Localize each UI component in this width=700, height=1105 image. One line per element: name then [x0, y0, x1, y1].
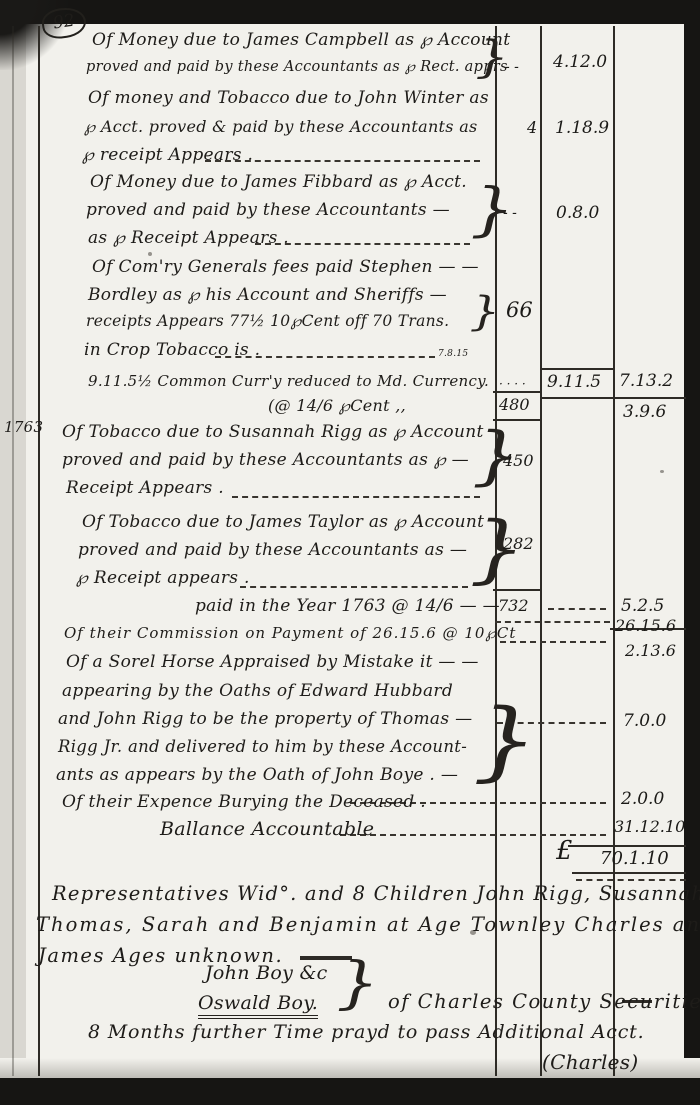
line-campbell-2: proved and paid by these Accountants as …	[86, 60, 508, 75]
rule-total-top	[568, 845, 686, 847]
line-horse-1: Of a Sorel Horse Appraised by Mistake it…	[66, 654, 479, 671]
money-campbell: 4.12.0	[553, 54, 607, 71]
tobacco-susannah: 450	[503, 453, 534, 469]
line-at-rate: (@ 14/6 ℘Cent ,,	[268, 398, 406, 414]
line-bordley-4: in Crop Tobacco is .	[84, 342, 260, 359]
tobacco-campbell: ‑ ‑	[505, 60, 519, 74]
line-representatives-2: Thomas, Sarah and Benjamin at Age Townle…	[36, 915, 700, 935]
line-ballance: Ballance Accountable	[160, 820, 374, 839]
line-taylor-3: ℘ Receipt appears .	[76, 570, 250, 587]
line-commission: Of their Commission on Payment of 26.15.…	[64, 626, 516, 641]
money-reduced: 9.11.5	[547, 374, 601, 391]
sterling-payments-total: 26.15.6	[615, 618, 676, 634]
line-winter-2: ℘ Acct. proved & paid by these Accountan…	[84, 119, 478, 135]
sterling-reduced: 7.13.2	[619, 373, 673, 390]
line-bordley-1: Of Com'ry Generals fees paid Stephen — —	[92, 259, 479, 276]
rule-total-bottom	[572, 872, 686, 874]
line-horse-2: appearing by the Oaths of Edward Hubbard	[62, 683, 453, 700]
scan-border-right	[684, 0, 700, 1105]
leader-taylor	[240, 586, 468, 588]
tobacco-at-rate: 480	[499, 397, 530, 413]
line-reduced: 9.11.5½ Common Curr'y reduced to Md. Cur…	[88, 374, 489, 389]
line-further-time: 8 Months further Time prayd to pass Addi…	[88, 1023, 644, 1042]
line-susannah-1: Of Tobacco due to Susannah Rigg as ℘ Acc…	[62, 424, 484, 441]
tiny-marginal-sum: 7.8.15	[438, 350, 468, 359]
line-year-1763: paid in the Year 1763 @ 14/6 — —	[195, 598, 500, 615]
line-john-boy: John Boy &c	[205, 964, 328, 983]
tobacco-taylor: 282	[503, 536, 534, 552]
brace-horse: }	[473, 698, 539, 784]
line-horse-3: and John Rigg to be the property of Thom…	[58, 711, 472, 728]
line-bordley-3: receipts Appears 77½ 10℘Cent off 70 Tran…	[86, 314, 449, 330]
line-fibbard-3: as ℘ Receipt Appears .	[88, 230, 289, 247]
leader-susannah	[232, 496, 480, 498]
line-horse-4: Rigg Jr. and delivered to him by these A…	[58, 739, 467, 756]
sterling-commission: 2.13.6	[625, 643, 676, 659]
line-burying: Of their Expence Burying the Deceased .	[62, 794, 426, 811]
margin-year: 1763	[4, 420, 43, 435]
sterling-year-1763: 5.2.5	[621, 598, 664, 615]
line-winter-3: ℘ receipt Appears .	[82, 147, 253, 164]
line-bordley-2: Bordley as ℘ his Account and Sheriffs —	[88, 287, 447, 304]
tobacco-fibbard: ‑ ‑	[503, 206, 517, 220]
scan-border-bottom	[0, 1078, 700, 1105]
money-fibbard: 0.8.0	[556, 205, 599, 222]
line-fibbard-2: proved and paid by these Accountants —	[86, 202, 450, 219]
line-fibbard-1: Of Money due to James Fibbard as ℘ Acct.	[90, 174, 467, 191]
rule-left-faint	[12, 26, 14, 1076]
line-oswald-boy: Oswald Boy.	[198, 994, 318, 1019]
rule-reduced-bottom	[540, 397, 686, 399]
tobacco-winter: 4	[527, 120, 537, 136]
line-campbell-1: Of Money due to James Campbell as ℘ Acco…	[92, 32, 510, 49]
line-horse-5: ants as appears by the Oath of John Boye…	[56, 767, 458, 784]
line-taylor-2: proved and paid by these Accountants as …	[78, 542, 467, 559]
line-susannah-2: proved and paid by these Accountants as …	[62, 452, 469, 469]
rule-reduced-top	[540, 368, 613, 370]
brace-securities: }	[336, 956, 379, 1012]
line-county-charles: (Charles)	[542, 1052, 638, 1072]
sterling-total: 70.1.10	[600, 850, 669, 868]
manuscript-page: 92 1763 Of Money due to James Campbell a…	[0, 0, 700, 1105]
line-representatives-1: Representatives Wid°. and 8 Children Joh…	[52, 884, 700, 904]
sterling-burying: 2.0.0	[621, 791, 664, 808]
paper-speck	[660, 470, 664, 473]
tobacco-year-1763: 732	[498, 598, 529, 614]
tobacco-bordley: 66	[506, 300, 533, 321]
leader-year-mid	[548, 608, 606, 610]
sterling-ballance: 31.12.10	[614, 819, 685, 835]
line-securities: of Charles County Securitie	[388, 992, 700, 1012]
sterling-at-rate: 3.9.6	[623, 404, 666, 421]
money-winter: 1.18.9	[555, 120, 609, 137]
brace-bordley: }	[469, 292, 500, 332]
rule-total-underline	[576, 879, 686, 881]
line-susannah-3: Receipt Appears .	[66, 480, 224, 497]
pound-sign: £	[556, 838, 573, 864]
brace-campbell: }	[475, 36, 509, 80]
leader-year-row	[495, 621, 610, 623]
scan-border-top	[0, 0, 700, 24]
sterling-horse: 7.0.0	[623, 713, 666, 730]
tobacco-reduced-dashes: · · · ·	[499, 378, 526, 390]
line-winter-1: Of money and Tobacco due to John Winter …	[88, 90, 489, 107]
line-taylor-1: Of Tobacco due to James Taylor as ℘ Acco…	[82, 514, 484, 531]
rule-480-top	[493, 391, 541, 393]
paper-speck	[148, 252, 152, 256]
